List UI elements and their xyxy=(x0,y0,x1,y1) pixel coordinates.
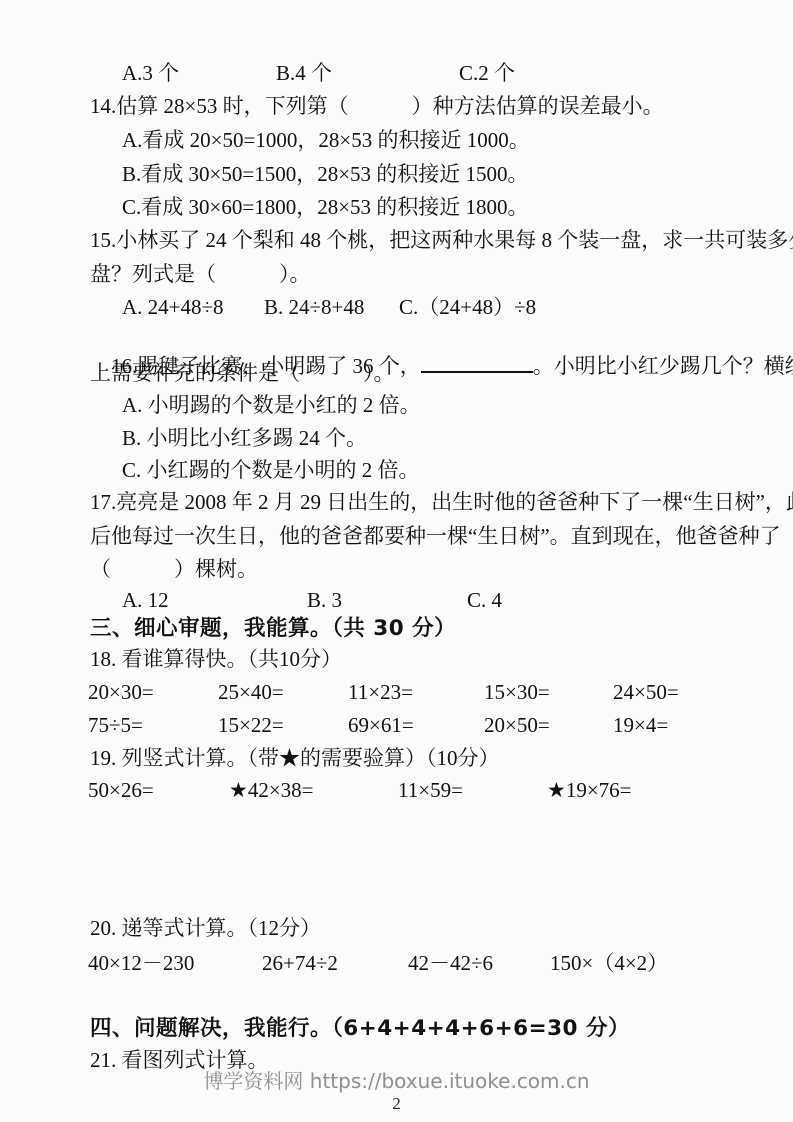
q18-item-1: 20×30= xyxy=(88,679,218,705)
q18-label: 18. 看谁算得快。（共10分） xyxy=(90,646,342,672)
q13-options-row: A.3 个 B.4 个 C.2 个 xyxy=(122,60,515,86)
q18-item-5: 24×50= xyxy=(613,679,679,705)
q18-item-6: 75÷5= xyxy=(88,712,218,738)
q14-option-c: C.看成 30×60=1800，28×53 的积接近 1800。 xyxy=(122,194,529,220)
q17-option-c: C. 4 xyxy=(467,587,502,613)
q18-item-8: 69×61= xyxy=(348,712,484,738)
q15-option-b: B. 24÷8+48 xyxy=(264,294,399,320)
q20-item-4: 150×（4×2） xyxy=(550,950,668,976)
q14-option-b: B.看成 30×50=1500，28×53 的积接近 1500。 xyxy=(122,161,529,187)
watermark: 博学资料网 https://boxue.ituoke.com.cn xyxy=(0,1069,793,1093)
q18-row1: 20×30= 25×40= 11×23= 15×30= 24×50= xyxy=(88,679,679,705)
fill-in-blank-line xyxy=(421,354,533,373)
q17-option-a: A. 12 xyxy=(122,587,307,613)
q20-item-2: 26+74÷2 xyxy=(262,950,408,976)
q15-options-row: A. 24+48÷8 B. 24÷8+48 C.（24+48）÷8 xyxy=(122,294,536,320)
q18-row2: 75÷5= 15×22= 69×61= 20×50= 19×4= xyxy=(88,712,668,738)
q13-option-c: C.2 个 xyxy=(459,60,515,86)
q19-item-1: 50×26= xyxy=(88,777,229,803)
q19-label: 19. 列竖式计算。（带★的需要验算）（10分） xyxy=(90,745,500,771)
q19-item-3: 11×59= xyxy=(398,777,547,803)
q17-stem-line2: 后他每过一次生日，他的爸爸都要种一棵“生日树”。直到现在，他爸爸种了 xyxy=(90,523,781,549)
q18-item-9: 20×50= xyxy=(484,712,613,738)
q13-option-a: A.3 个 xyxy=(122,60,276,86)
q20-row: 40×12－230 26+74÷2 42－42÷6 150×（4×2） xyxy=(88,950,668,976)
q17-option-b: B. 3 xyxy=(307,587,467,613)
q17-stem-line1: 17.亮亮是 2008 年 2 月 29 日出生的，出生时他的爸爸种下了一棵“生… xyxy=(90,489,793,515)
q14-option-a: A.看成 20×50=1000，28×53 的积接近 1000。 xyxy=(122,127,530,153)
q19-item-2-starred: ★42×38= xyxy=(229,777,398,803)
q18-item-3: 11×23= xyxy=(348,679,484,705)
q18-item-7: 15×22= xyxy=(218,712,348,738)
q14-stem: 14.估算 28×53 时，下列第（ ）种方法估算的误差最小。 xyxy=(90,93,664,119)
section4-heading: 四、问题解决，我能行。（6+4+4+4+6+6=30 分） xyxy=(90,1016,630,1042)
q19-item-4-starred: ★19×76= xyxy=(547,777,632,803)
q18-item-2: 25×40= xyxy=(218,679,348,705)
q16-option-b: B. 小明比小红多踢 24 个。 xyxy=(122,425,367,451)
q16-stem-after: 。小明比小红少踢几个？横线 xyxy=(533,354,793,378)
q20-item-1: 40×12－230 xyxy=(88,950,262,976)
q17-options-row: A. 12 B. 3 C. 4 xyxy=(122,587,502,613)
section3-heading: 三、细心审题，我能算。（共 30 分） xyxy=(90,616,456,642)
q15-option-a: A. 24+48÷8 xyxy=(122,294,264,320)
q17-stem-line3: （ ）棵树。 xyxy=(90,556,258,582)
q18-item-10: 19×4= xyxy=(613,712,668,738)
q16-option-c: C. 小红踢的个数是小明的 2 倍。 xyxy=(122,457,420,483)
q15-stem-line1: 15.小林买了 24 个梨和 48 个桃，把这两种水果每 8 个装一盘，求一共可… xyxy=(90,227,793,253)
q13-option-b: B.4 个 xyxy=(276,60,459,86)
q18-item-4: 15×30= xyxy=(484,679,613,705)
q19-row: 50×26= ★42×38= 11×59= ★19×76= xyxy=(88,777,632,803)
page-number: 2 xyxy=(0,1093,793,1115)
exam-page: A.3 个 B.4 个 C.2 个 14.估算 28×53 时，下列第（ ）种方… xyxy=(0,0,793,1122)
q15-option-c: C.（24+48）÷8 xyxy=(399,294,536,320)
q16-option-a: A. 小明踢的个数是小红的 2 倍。 xyxy=(122,392,421,418)
q15-stem-line2: 盘？列式是（ ）。 xyxy=(90,261,311,287)
q20-label: 20. 递等式计算。（12分） xyxy=(90,915,321,941)
q16-stem-line2: 上需要补充的条件是（ ）。 xyxy=(90,360,395,386)
q20-item-3: 42－42÷6 xyxy=(408,950,550,976)
